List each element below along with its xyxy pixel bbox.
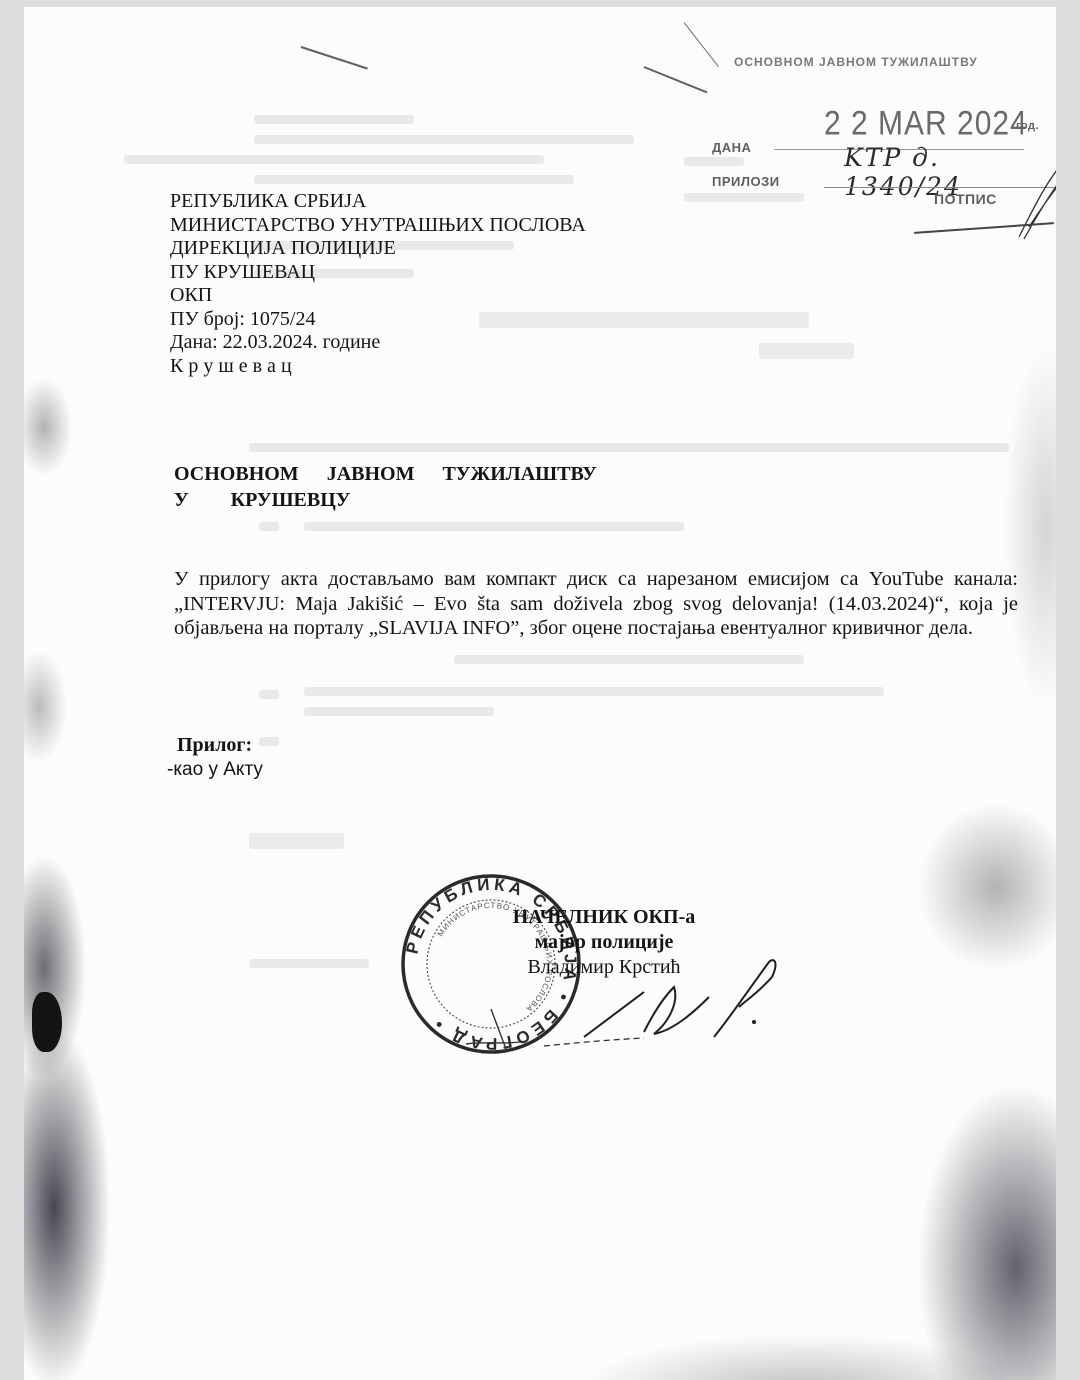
- stamp-year-suffix: год.: [1016, 120, 1039, 132]
- attachment-value: -као у Акту: [167, 759, 263, 781]
- header-police-administration: ПУ КРУШЕВАЦ: [170, 261, 586, 285]
- header-country: РЕПУБЛИКА СРБИЈА: [170, 190, 586, 214]
- document-page: ОСНОВНОМ ЈАВНОМ ТУЖИЛАШТВУ ДАНА 2 2 MAR …: [24, 7, 1056, 1380]
- scan-smudge-bottom: [404, 1260, 1004, 1380]
- stamp-attachments-label: ПРИЛОЗИ: [712, 174, 780, 189]
- scan-ink-blob: [32, 992, 62, 1052]
- addressee: ОСНОВНОМ ЈАВНОМ ТУЖИЛАШТВУ У КРУШЕВЦУ: [174, 461, 597, 513]
- stamp-date-label: ДАНА: [712, 140, 751, 155]
- attachment-label: Прилог:: [177, 734, 252, 757]
- handwritten-signature-icon: [544, 952, 784, 1052]
- header-directorate: ДИРЕКЦИЈА ПОЛИЦИЈЕ: [170, 237, 586, 261]
- scan-smudge-left: [24, 7, 174, 1380]
- receipt-stamp: ОСНОВНОМ ЈАВНОМ ТУЖИЛАШТВУ ДАНА 2 2 MAR …: [714, 47, 1056, 237]
- stamp-office-name: ОСНОВНОМ ЈАВНОМ ТУЖИЛАШТВУ: [734, 55, 978, 69]
- stamp-signature-icon: [1014, 157, 1056, 247]
- addressee-line-1: ОСНОВНОМ ЈАВНОМ ТУЖИЛАШТВУ: [174, 461, 597, 487]
- sender-header: РЕПУБЛИКА СРБИЈА МИНИСТАРСТВО УНУТРАШЊИХ…: [170, 190, 586, 378]
- addressee-line-2: У КРУШЕВЦУ: [174, 487, 597, 513]
- stamp-signature-label: ПОТПИС: [934, 191, 997, 207]
- signatory-title: НАЧЕЛНИК ОКП-а: [454, 905, 754, 930]
- pen-mark: [644, 66, 708, 93]
- header-ministry: МИНИСТАРСТВО УНУТРАШЊИХ ПОСЛОВА: [170, 214, 586, 238]
- header-date: Дана: 22.03.2024. године: [170, 331, 586, 355]
- header-reference-number: ПУ број: 1075/24: [170, 308, 586, 332]
- header-department: ОКП: [170, 284, 586, 308]
- pen-mark: [301, 46, 368, 70]
- letter-body: У прилогу акта достављамо вам компакт ди…: [174, 567, 1018, 641]
- header-city: К р у ш е в а ц: [170, 355, 586, 379]
- stamp-date-value: 2 2 MAR 2024: [824, 104, 1028, 143]
